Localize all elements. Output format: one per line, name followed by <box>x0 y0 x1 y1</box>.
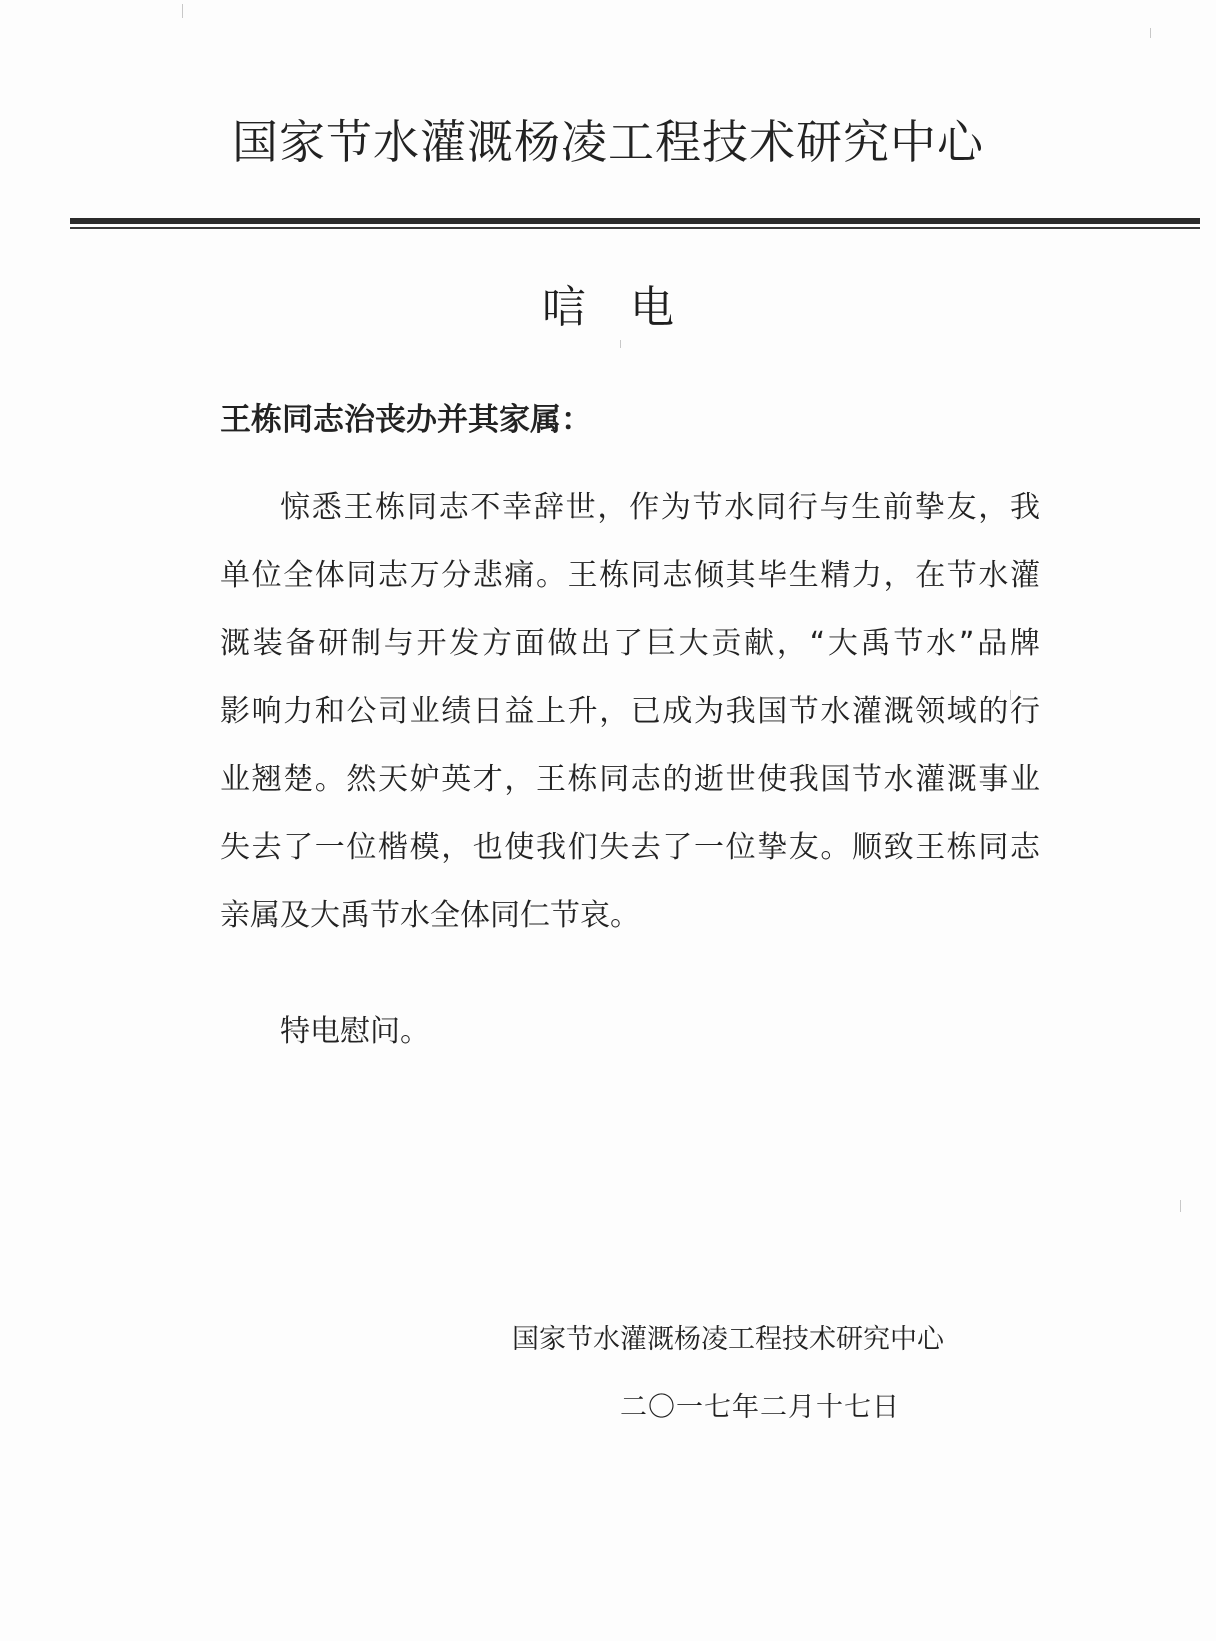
body-line: 失去了一位楷模，也使我们失去了一位挚友。顺致王栋同志 <box>220 814 1040 882</box>
letterhead-rule-thick <box>70 218 1200 224</box>
scan-speck <box>1180 1200 1181 1212</box>
scan-speck <box>182 4 183 18</box>
scan-speck <box>1150 28 1151 38</box>
scan-speck <box>620 340 621 348</box>
scan-speck <box>1010 690 1011 700</box>
letterhead-organization: 国家节水灌溉杨凌工程技术研究中心 <box>0 112 1216 172</box>
body-line: 溉装备研制与开发方面做出了巨大贡献，“大禹节水”品牌 <box>220 610 1040 678</box>
body-line: 亲属及大禹节水全体同仁节哀。 <box>220 882 1040 950</box>
body-line: 业翘楚。然天妒英才，王栋同志的逝世使我国节水灌溉事业 <box>220 746 1040 814</box>
signature-organization: 国家节水灌溉杨凌工程技术研究中心 <box>512 1320 944 1360</box>
salutation: 王栋同志治丧办并其家属： <box>220 398 592 442</box>
signature-date: 二〇一七年二月十七日 <box>620 1388 900 1428</box>
body-line: 惊悉王栋同志不幸辞世，作为节水同行与生前挚友，我 <box>220 474 1040 542</box>
closing-line: 特电慰问。 <box>280 1010 430 1054</box>
body-paragraph: 惊悉王栋同志不幸辞世，作为节水同行与生前挚友，我 单位全体同志万分悲痛。王栋同志… <box>220 474 1040 950</box>
letterhead-rule-thin <box>70 227 1200 229</box>
body-line: 单位全体同志万分悲痛。王栋同志倾其毕生精力，在节水灌 <box>220 542 1040 610</box>
document-page: 国家节水灌溉杨凌工程技术研究中心 唁 电 王栋同志治丧办并其家属： 惊悉王栋同志… <box>0 0 1216 1641</box>
body-line: 影响力和公司业绩日益上升，已成为我国节水灌溉领域的行 <box>220 678 1040 746</box>
document-title: 唁 电 <box>0 280 1216 336</box>
